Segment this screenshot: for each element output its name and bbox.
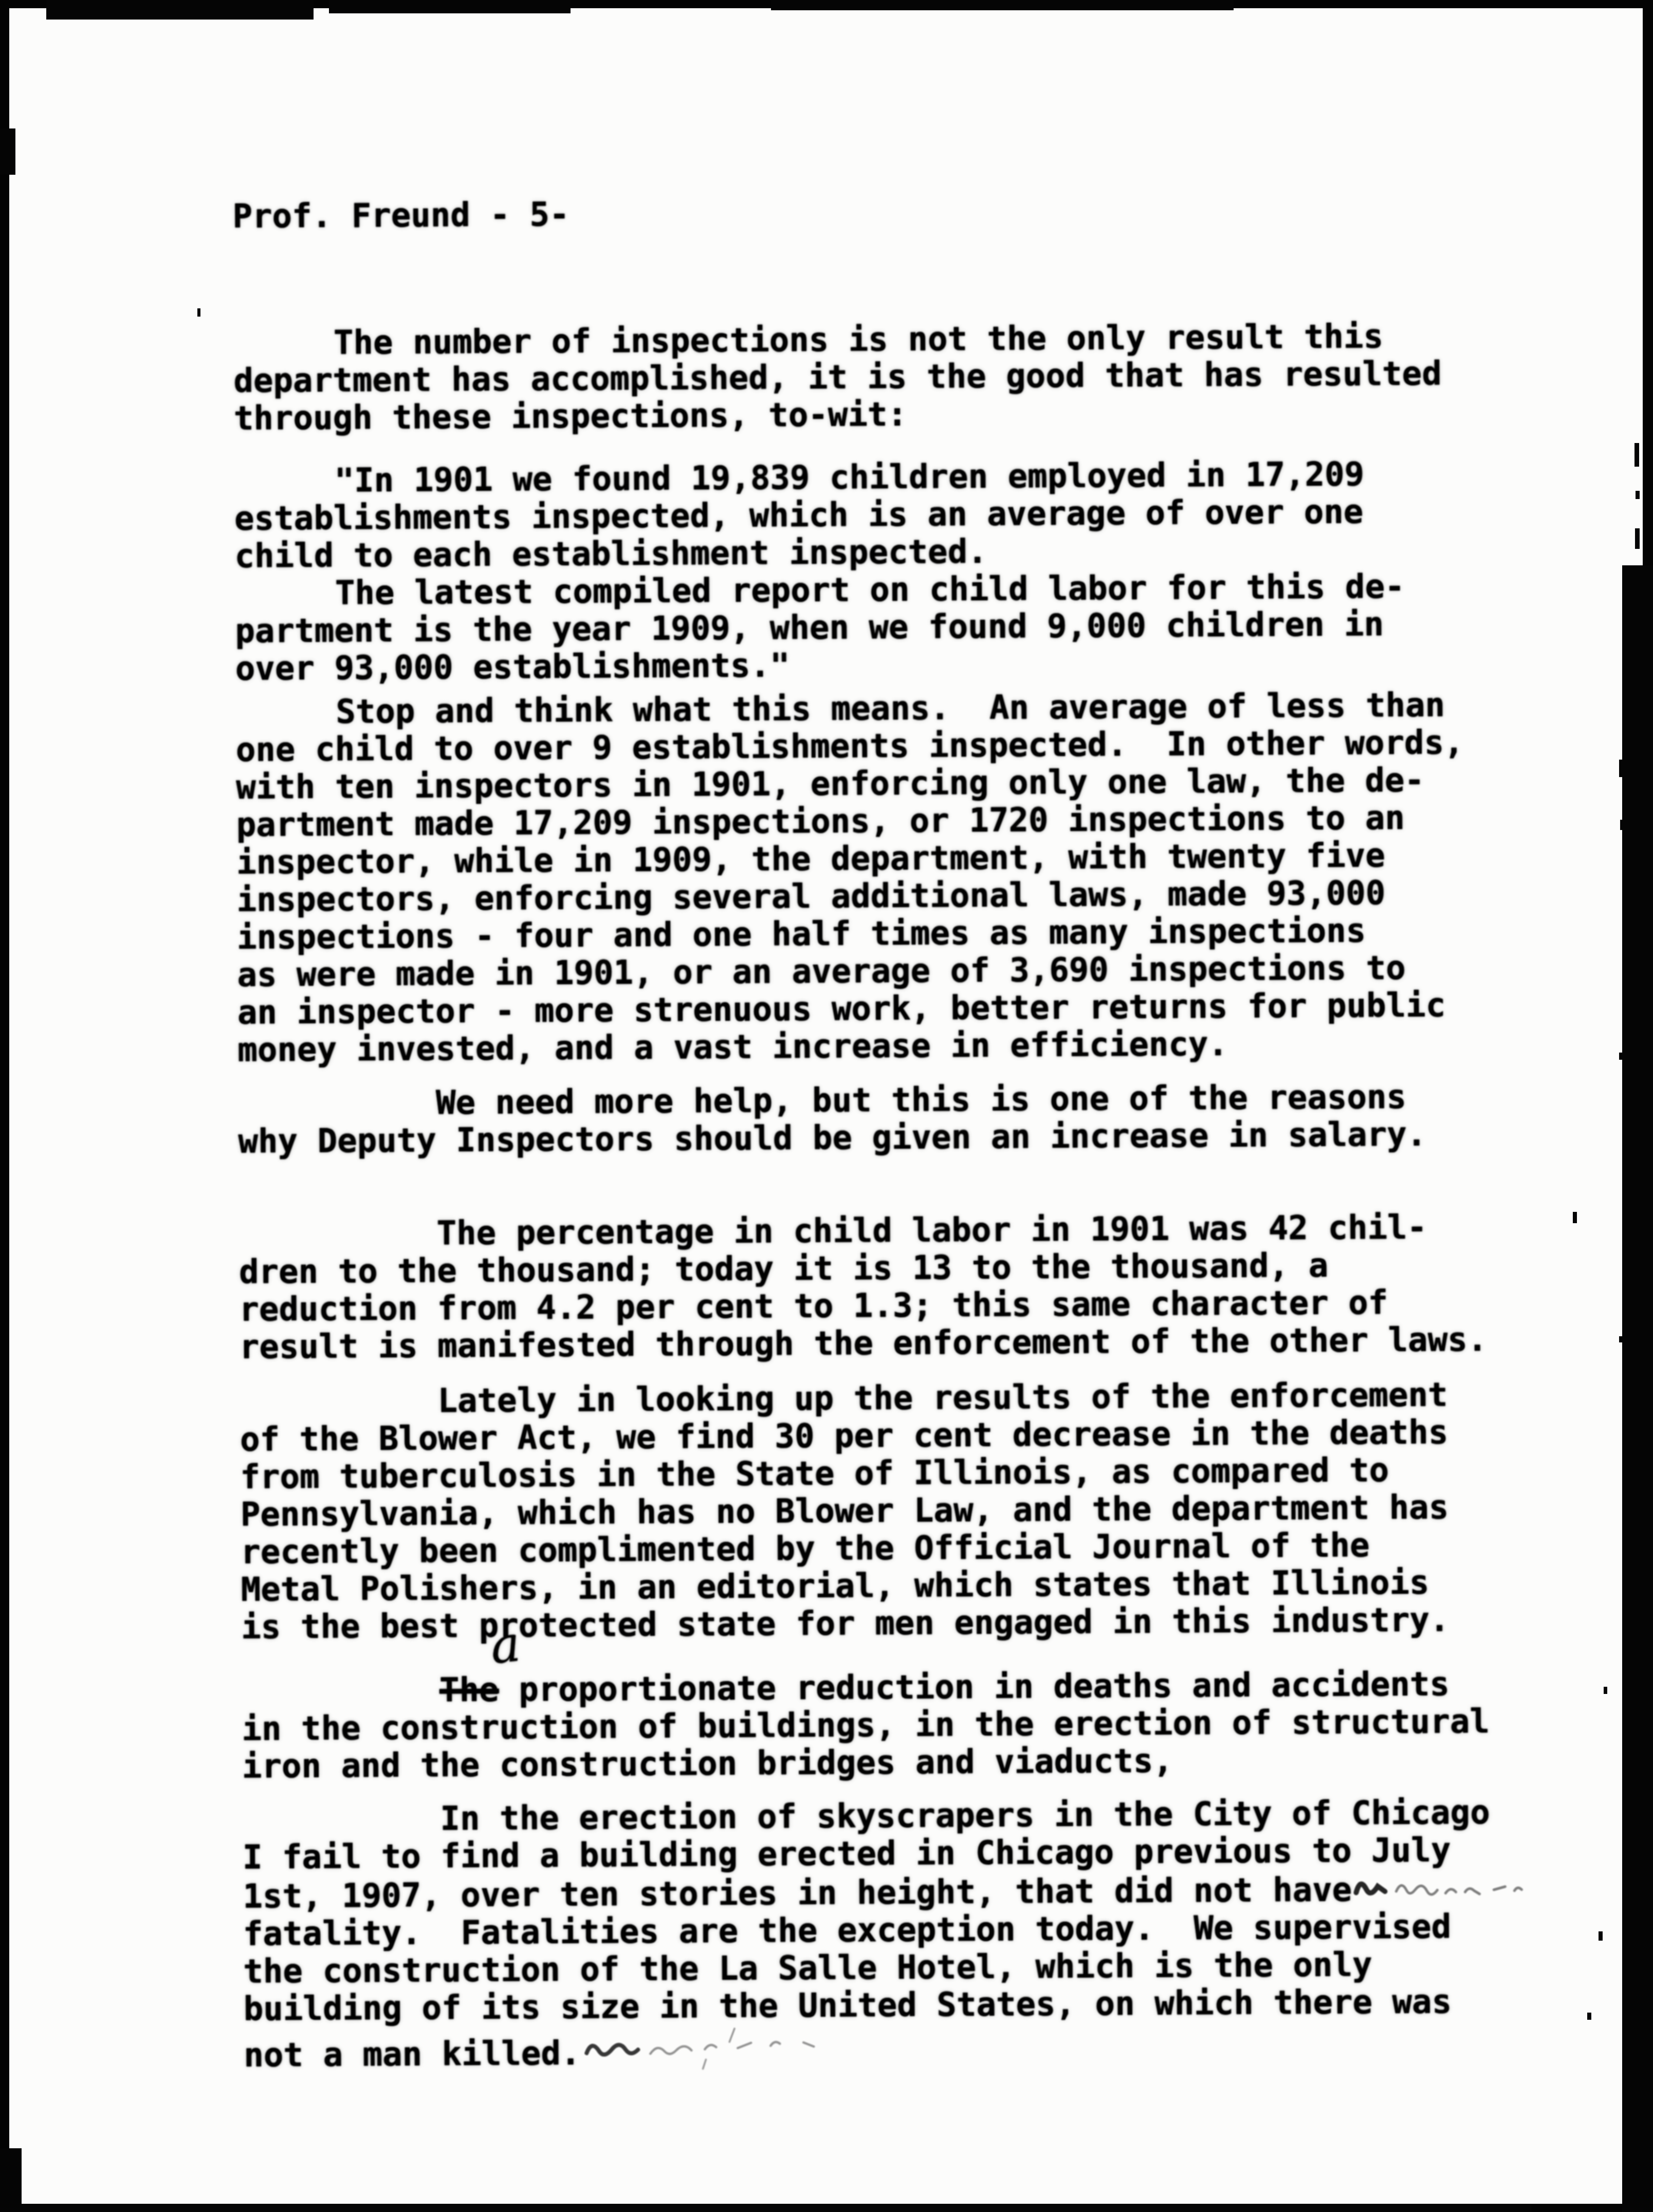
struck-word-the: The: [439, 1671, 499, 1710]
margin-mark: [1573, 1212, 1577, 1223]
text-line: establishments inspected, which is an av…: [234, 493, 1404, 538]
margin-mark: [1636, 576, 1640, 591]
text-line: iron and the construction bridges and vi…: [242, 1741, 1490, 1786]
page-header: Prof. Freund - 5-: [232, 196, 569, 236]
margin-mark: [1604, 1687, 1607, 1694]
margin-mark: [197, 308, 200, 317]
text-line: why Deputy Inspectors should be given an…: [238, 1116, 1426, 1161]
text-line: through these inspections, to-wit:: [234, 393, 1442, 438]
text-segment: proportionate reduction in deaths and ac…: [499, 1665, 1449, 1709]
margin-mark: [1620, 820, 1624, 830]
margin-mark: [1599, 1931, 1603, 1941]
text-line-with-correction: Thea proportionate reduction in deaths a…: [242, 1666, 1490, 1711]
text-line-with-scribble: not a man killed.: [244, 2020, 1548, 2075]
handwritten-scribble: [580, 2024, 899, 2073]
paragraph-1: The number of inspections is not the onl…: [233, 318, 1442, 438]
paragraph-8: In the erection of skyscrapers in the Ci…: [242, 1794, 1548, 2074]
header-line: Prof. Freund - 5-: [232, 196, 569, 236]
paragraph-7: Thea proportionate reduction in deaths a…: [242, 1666, 1490, 1786]
text-line: money invested, and a vast increase in e…: [237, 1024, 1465, 1070]
paragraph-5: The percentage in child labor in 1901 wa…: [238, 1209, 1487, 1367]
margin-mark: [1619, 1336, 1623, 1342]
text-segment: not a man killed.: [244, 2035, 580, 2075]
text-line: over 93,000 establishments.": [235, 643, 1405, 688]
document-content: Prof. Freund - 5- The number of inspecti…: [0, 0, 1653, 2212]
text-line: is the best protected state for men enga…: [241, 1601, 1449, 1646]
paragraph-2-quote: "In 1901 we found 19,839 children employ…: [234, 456, 1405, 688]
margin-mark: [1636, 491, 1640, 499]
margin-mark: [1619, 760, 1623, 777]
paragraph-6: Lately in looking up the results of the …: [240, 1376, 1449, 1646]
margin-mark: [1587, 2013, 1591, 2020]
text-line: partment is the year 1909, when we found…: [235, 606, 1405, 651]
text-line: result is manifested through the enforce…: [240, 1321, 1487, 1367]
margin-mark: [1634, 443, 1639, 467]
paragraph-3: Stop and think what this means. An avera…: [235, 687, 1465, 1070]
text-line: an inspector - more strenuous work, bett…: [237, 987, 1465, 1032]
handwritten-scribble: [1352, 1869, 1547, 1909]
paragraph-4: We need more help, but this is one of th…: [238, 1079, 1427, 1161]
margin-mark: [1635, 528, 1640, 549]
text-line: department has accomplished, it is the g…: [233, 356, 1442, 400]
margin-mark: [1637, 622, 1640, 630]
text-line: in the construction of buildings, in the…: [242, 1703, 1490, 1748]
margin-mark: [1619, 1053, 1623, 1060]
handwritten-letter-a: a: [489, 1625, 522, 1666]
text-line: building of its size in the United State…: [244, 1983, 1548, 2029]
